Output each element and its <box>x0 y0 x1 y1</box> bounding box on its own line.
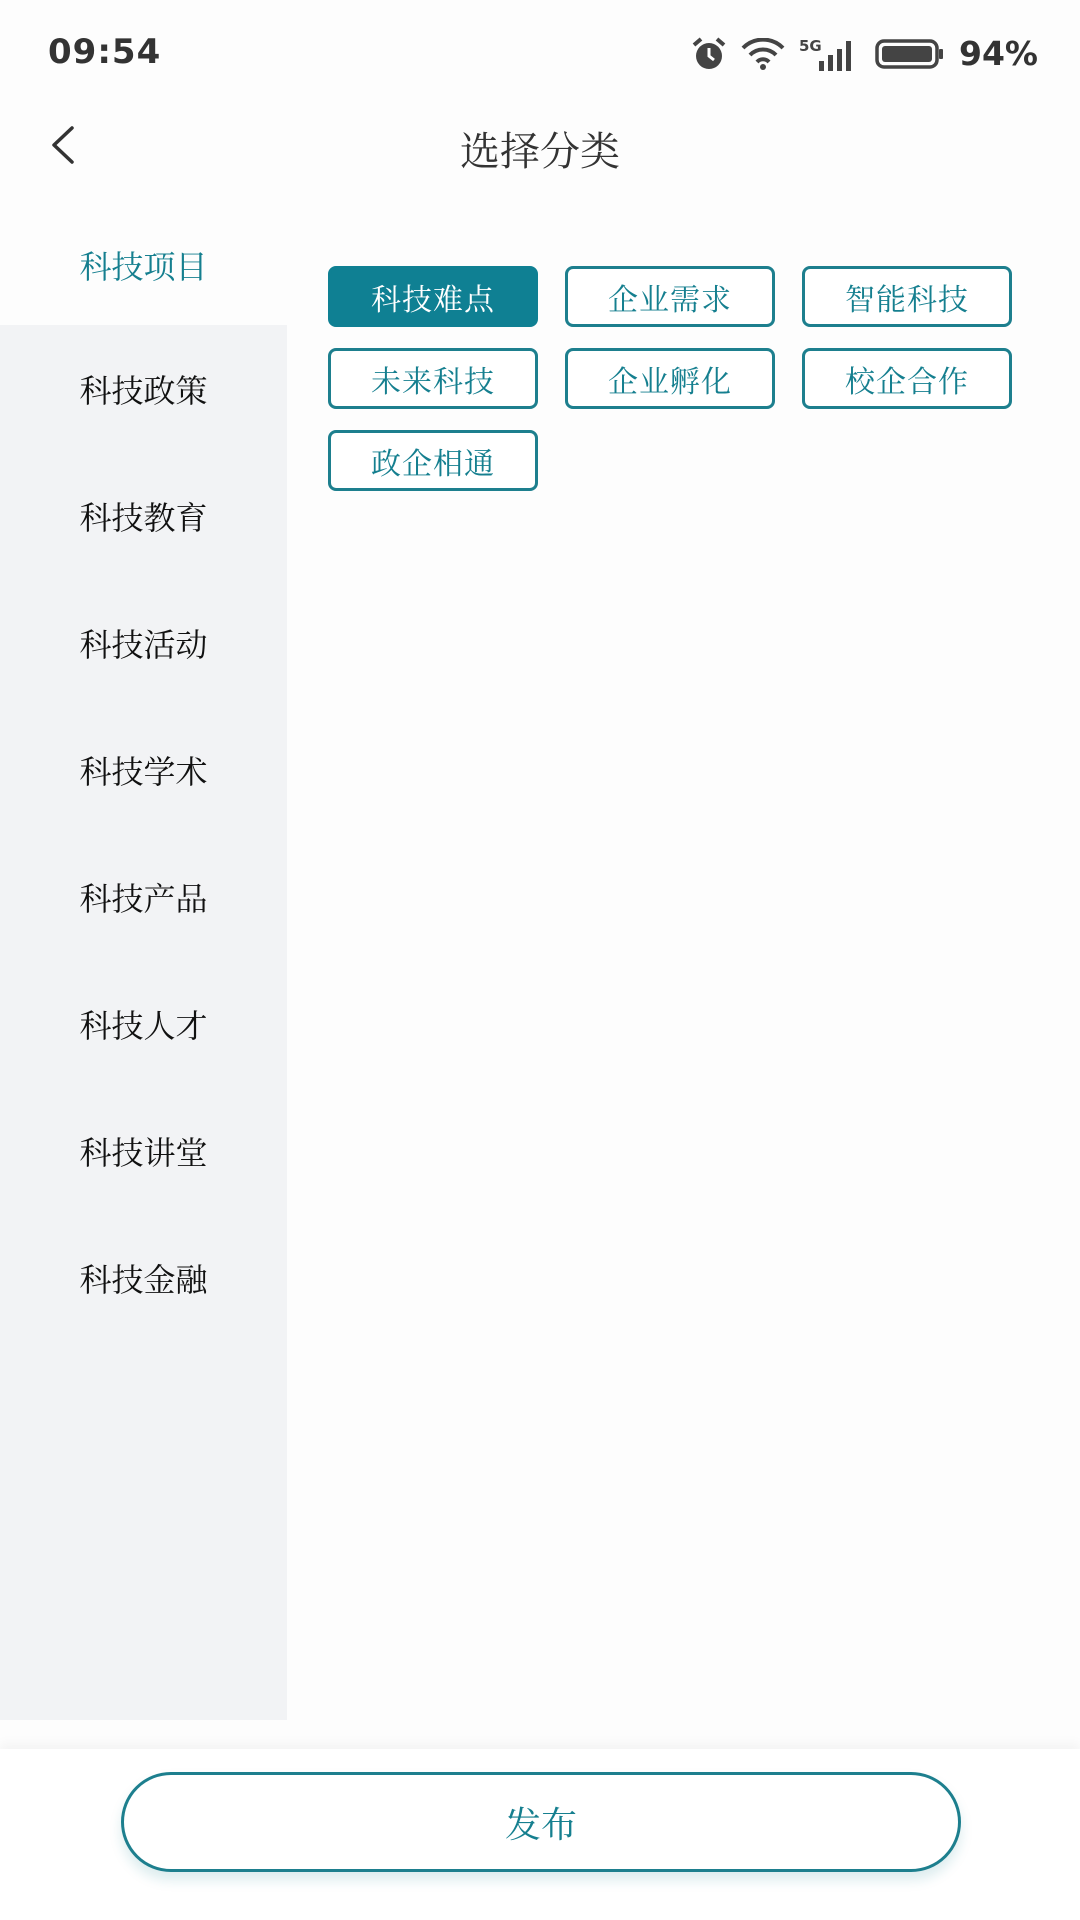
status-icons: 5G 94% <box>691 34 1038 73</box>
bottom-action-bar: 发布 <box>0 1749 1080 1920</box>
sidebar-item-keji-jiaoyu[interactable]: 科技教育 <box>0 452 287 579</box>
5g-signal-icon: 5G <box>799 37 861 71</box>
sidebar-item-keji-chanpin[interactable]: 科技产品 <box>0 833 287 960</box>
app-header: 选择分类 <box>0 100 1080 190</box>
category-sidebar: 科技项目 科技政策 科技教育 科技活动 科技学术 科技产品 科技人才 科技讲堂 … <box>0 205 287 1720</box>
status-bar: 09:54 5G 94% <box>0 0 1080 100</box>
sidebar-item-keji-xueshu[interactable]: 科技学术 <box>0 706 287 833</box>
tag-qiye-fuhua[interactable]: 企业孵化 <box>565 348 775 409</box>
tag-xiaoqi-hezuo[interactable]: 校企合作 <box>802 348 1012 409</box>
sidebar-item-keji-jinrong[interactable]: 科技金融 <box>0 1214 287 1341</box>
battery-icon <box>875 38 945 70</box>
alarm-icon <box>691 37 727 71</box>
tag-weilai-keji[interactable]: 未来科技 <box>328 348 538 409</box>
sidebar-item-keji-jiangtang[interactable]: 科技讲堂 <box>0 1087 287 1214</box>
tag-zhengqi-xiangtong[interactable]: 政企相通 <box>328 430 538 491</box>
wifi-icon <box>741 38 785 70</box>
sidebar-item-keji-huodong[interactable]: 科技活动 <box>0 579 287 706</box>
battery-percentage: 94% <box>959 34 1038 73</box>
subcategory-tags: 科技难点 企业需求 智能科技 未来科技 企业孵化 校企合作 政企相通 <box>328 266 1028 491</box>
publish-button[interactable]: 发布 <box>121 1772 961 1872</box>
tag-keji-nandian[interactable]: 科技难点 <box>328 266 538 327</box>
tag-zhineng-keji[interactable]: 智能科技 <box>802 266 1012 327</box>
tag-qiye-xuqiu[interactable]: 企业需求 <box>565 266 775 327</box>
sidebar-item-keji-zhengce[interactable]: 科技政策 <box>0 325 287 452</box>
svg-text:5G: 5G <box>799 37 822 55</box>
page-title: 选择分类 <box>0 120 1080 177</box>
sidebar-item-keji-rencai[interactable]: 科技人才 <box>0 960 287 1087</box>
sidebar-item-keji-xiangmu[interactable]: 科技项目 <box>0 205 287 325</box>
status-time: 09:54 <box>48 32 161 72</box>
